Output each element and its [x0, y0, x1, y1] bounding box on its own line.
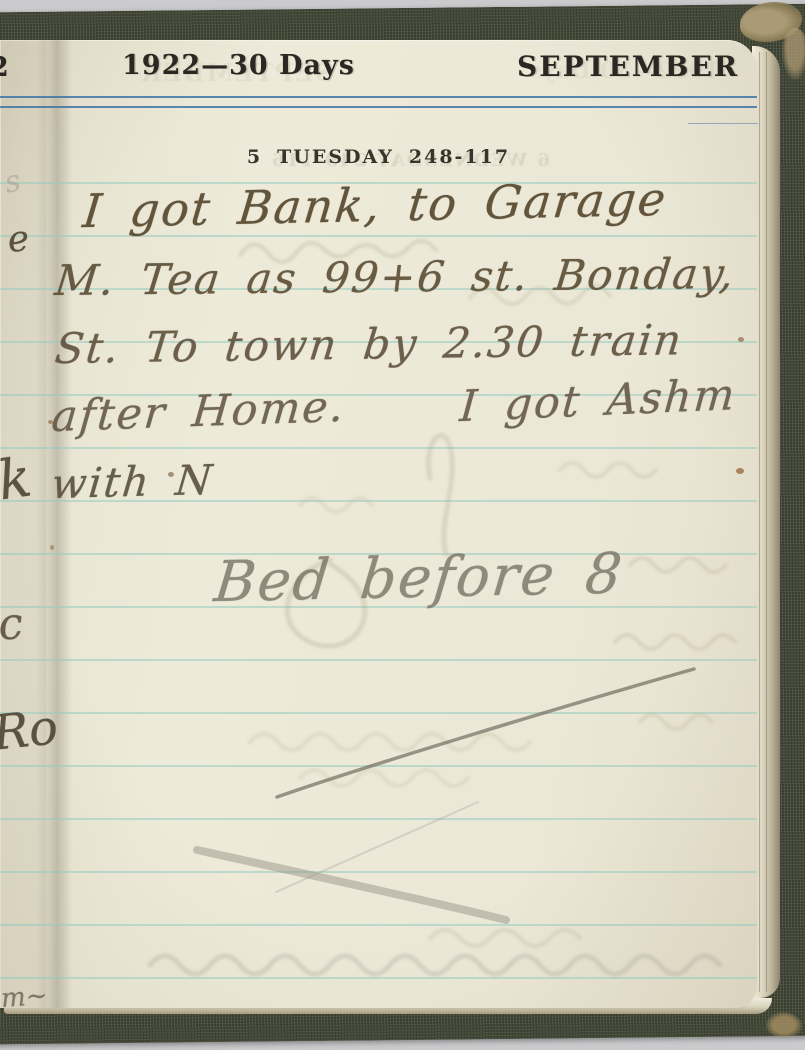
handwritten-line: Bed before 8 [211, 541, 626, 615]
foxing-spot [48, 420, 53, 424]
month-label: SEPTEMBER [517, 50, 739, 83]
header-rule [0, 96, 757, 98]
diary-photo: SEPTEMBER 1922—30 Days 6 WEDNESDAY 249-1… [0, 0, 805, 1050]
facing-page-writing-fragment: e [6, 218, 31, 261]
header-rule [0, 106, 757, 108]
facing-page-writing-fragment: m~ [0, 981, 48, 1014]
weekday-label: TUESDAY [277, 146, 394, 168]
handwritten-line: St. To town by 2.30 train [53, 315, 686, 373]
day-number: 5 [247, 146, 262, 168]
handwritten-line: M. Tea as 99+6 st. Bonday, [52, 249, 738, 305]
date-line: 5 TUESDAY 248-117 [0, 146, 757, 168]
facing-page-writing-fragment: Ro [0, 699, 61, 761]
foxing-spot [738, 337, 744, 342]
frayed-cover-corner [782, 28, 805, 80]
facing-page-writing-fragment: c [0, 598, 25, 651]
foxing-spot [168, 472, 174, 477]
frayed-cover-corner [766, 1012, 802, 1038]
foxing-spot [50, 545, 54, 550]
handwritten-line: after Home. [50, 382, 348, 442]
handwritten-line: with N [49, 456, 216, 508]
header-rule-underpage [688, 123, 758, 124]
facing-page-number-fragment: 2 [0, 52, 10, 83]
year-days-label: 1922—30 Days [122, 50, 355, 81]
foxing-spot [736, 468, 744, 474]
day-of-year-numbers: 248-117 [409, 146, 510, 168]
